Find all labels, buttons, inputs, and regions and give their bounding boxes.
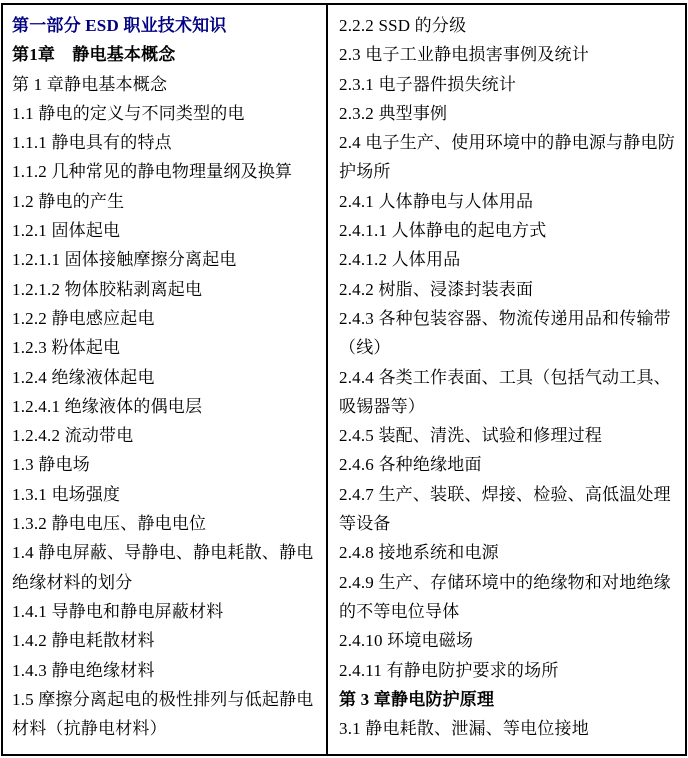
toc-entry: 1.4.3 静电绝缘材料: [12, 656, 321, 685]
toc-entry: 2.4.3 各种包装容器、物流传递用品和传输带（线）: [339, 304, 680, 363]
toc-entry: 3.1 静电耗散、泄漏、等电位接地: [339, 714, 680, 743]
toc-entry: 1.2 静电的产生: [12, 187, 321, 216]
toc-entry: 2.4.11 有静电防护要求的场所: [339, 656, 680, 685]
toc-entry: 2.4.8 接地系统和电源: [339, 538, 680, 567]
toc-entry: 1.3.1 电场强度: [12, 480, 321, 509]
toc-entry: 第1章 静电基本概念: [12, 40, 321, 69]
toc-entry: 2.4.9 生产、存储环境中的绝缘物和对地绝缘的不等电位导体: [339, 568, 680, 627]
toc-entry: 2.4.7 生产、装联、焊接、检验、高低温处理等设备: [339, 480, 680, 539]
toc-entry: 1.2.3 粉体起电: [12, 333, 321, 362]
toc-entry: 1.4.1 导静电和静电屏蔽材料: [12, 597, 321, 626]
toc-entry: 2.4.1.1 人体静电的起电方式: [339, 216, 680, 245]
toc-entry: 2.3 电子工业静电损害事例及统计: [339, 40, 680, 69]
toc-entry: 1.2.4.1 绝缘液体的偶电层: [12, 392, 321, 421]
toc-entry: 1.1.1 静电具有的特点: [12, 128, 321, 157]
toc-entry: 1.2.1.1 固体接触摩擦分离起电: [12, 245, 321, 274]
toc-entry: 1.3 静电场: [12, 450, 321, 479]
toc-entry: 2.4.1 人体静电与人体用品: [339, 187, 680, 216]
toc-entry: 第 3 章静电防护原理: [339, 685, 680, 714]
toc-entry: 2.4.1.2 人体用品: [339, 245, 680, 274]
toc-entry: 2.4.2 树脂、浸漆封装表面: [339, 275, 680, 304]
toc-entry: 第 1 章静电基本概念: [12, 70, 321, 99]
toc-table: 第一部分 ESD 职业技术知识第1章 静电基本概念第 1 章静电基本概念1.1 …: [1, 3, 687, 756]
toc-entry: 1.2.4.2 流动带电: [12, 421, 321, 450]
toc-entry: 2.3.2 典型事例: [339, 99, 680, 128]
toc-entry: 1.1 静电的定义与不同类型的电: [12, 99, 321, 128]
toc-entry: 1.2.1.2 物体胶粘剥离起电: [12, 275, 321, 304]
toc-entry: 1.4 静电屏蔽、导静电、静电耗散、静电绝缘材料的划分: [12, 538, 321, 597]
toc-entry: 1.2.2 静电感应起电: [12, 304, 321, 333]
toc-entry: 1.4.2 静电耗散材料: [12, 626, 321, 655]
toc-entry: 1.2.4 绝缘液体起电: [12, 363, 321, 392]
toc-entry: 2.2.2 SSD 的分级: [339, 11, 680, 40]
toc-entry: 1.2.1 固体起电: [12, 216, 321, 245]
toc-entry: 1.3.2 静电电压、静电电位: [12, 509, 321, 538]
toc-entry: 2.3.1 电子器件损失统计: [339, 70, 680, 99]
toc-entry: 2.4.5 装配、清洗、试验和修理过程: [339, 421, 680, 450]
toc-column-right: 2.2.2 SSD 的分级2.3 电子工业静电损害事例及统计2.3.1 电子器件…: [328, 5, 685, 754]
toc-entry: 2.4.10 环境电磁场: [339, 626, 680, 655]
toc-entry: 第一部分 ESD 职业技术知识: [12, 11, 321, 40]
toc-entry: 2.4.6 各种绝缘地面: [339, 450, 680, 479]
toc-entry: 1.5 摩擦分离起电的极性排列与低起静电材料（抗静电材料）: [12, 685, 321, 744]
toc-column-left: 第一部分 ESD 职业技术知识第1章 静电基本概念第 1 章静电基本概念1.1 …: [3, 5, 328, 754]
toc-entry: 1.1.2 几种常见的静电物理量纲及换算: [12, 157, 321, 186]
toc-entry: 2.4 电子生产、使用环境中的静电源与静电防护场所: [339, 128, 680, 187]
toc-entry: 2.4.4 各类工作表面、工具（包括气动工具、吸锡器等）: [339, 363, 680, 422]
